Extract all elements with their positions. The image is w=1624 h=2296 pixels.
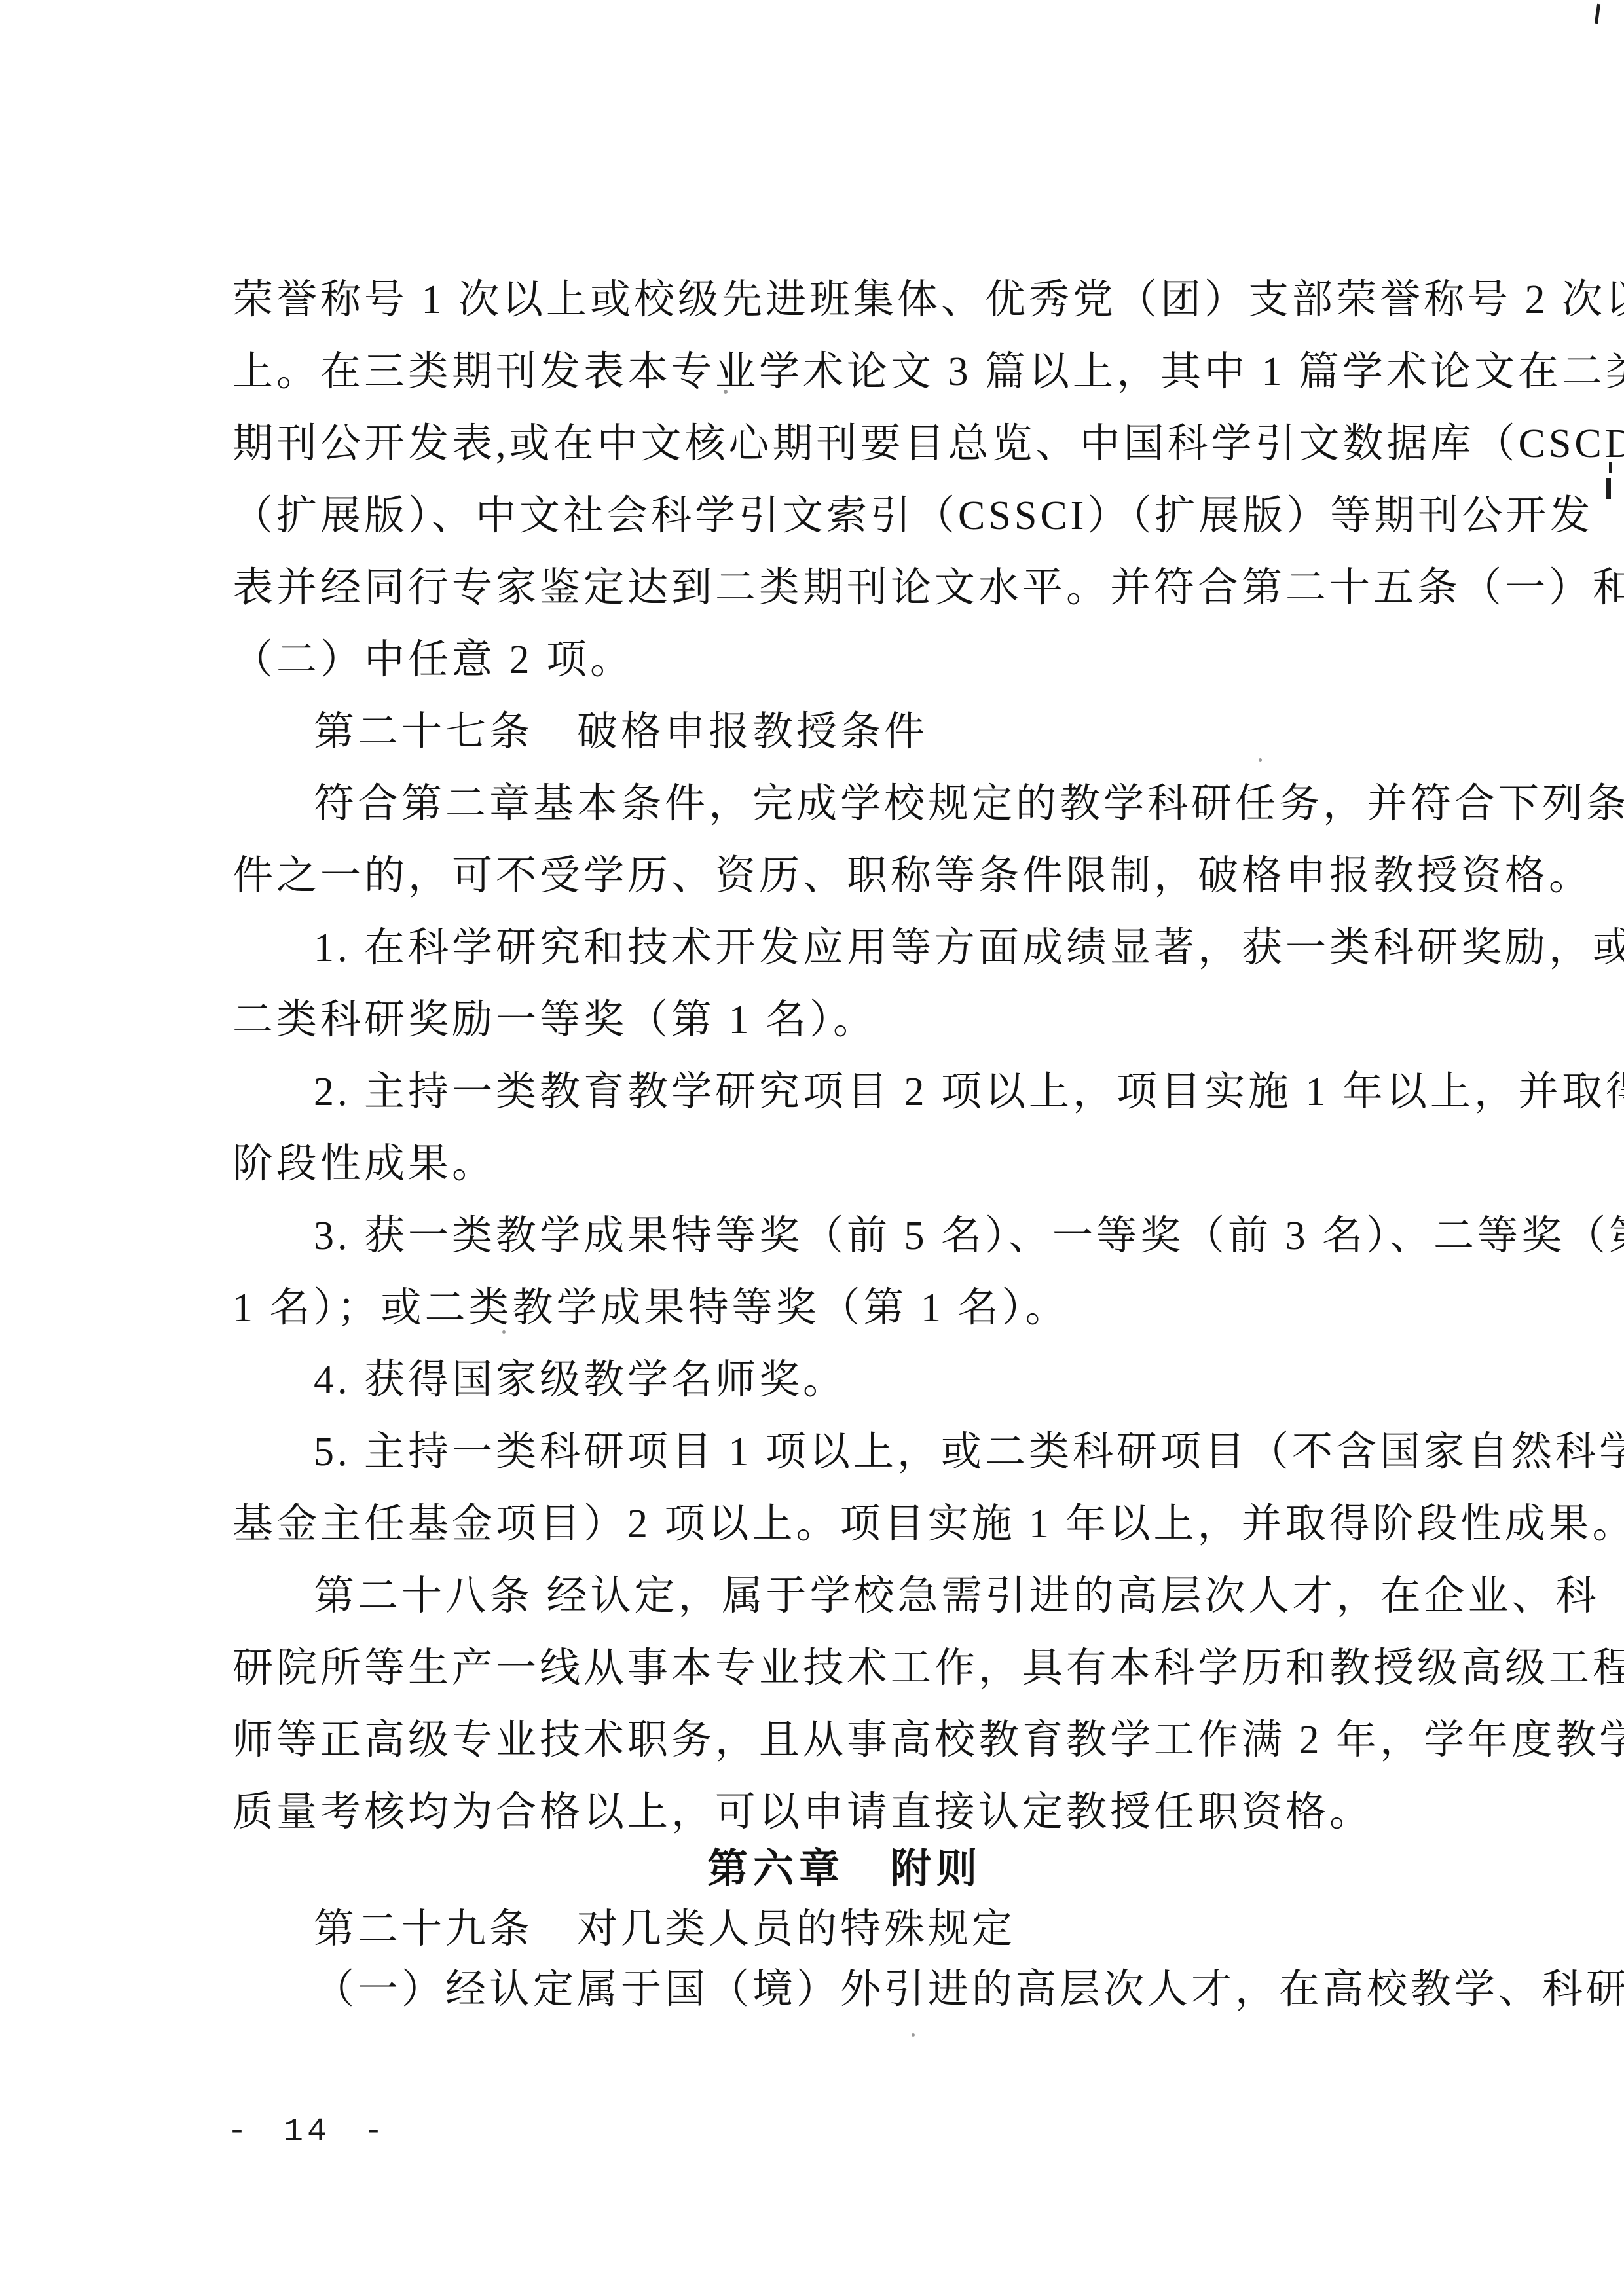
document-line: 师等正高级专业技术职务，且从事高校教育教学工作满 2 年，学年度教学 [232,1704,1457,1776]
document-line: 5. 主持一类科研项目 1 项以上，或二类科研项目（不含国家自然科学 [232,1416,1457,1488]
article-28-line: 第二十八条 经认定，属于学校急需引进的高层次人才，在企业、科 [232,1560,1457,1632]
document-line: 2. 主持一类教育教学研究项目 2 项以上，项目实施 1 年以上，并取得 [232,1056,1457,1128]
document-line: 研院所等生产一线从事本专业技术工作，具有本科学历和教授级高级工程 [232,1632,1457,1704]
document-line: 上。在三类期刊发表本专业学术论文 3 篇以上，其中 1 篇学术论文在二类 [232,336,1457,408]
scan-artifact [502,1330,506,1334]
article-27-heading: 第二十七条 破格申报教授条件 [232,696,1457,768]
document-line: 1 名）；或二类教学成果特等奖（第 1 名）。 [232,1272,1457,1344]
document-line: （一）经认定属于国（境）外引进的高层次人才，在高校教学、科研 [232,1959,1457,2020]
document-body: 荣誉称号 1 次以上或校级先进班集体、优秀党（团）支部荣誉称号 2 次以 上。在… [232,264,1457,2020]
document-line: 3. 获一类教学成果特等奖（前 5 名）、一等奖（前 3 名）、二等奖（第 [232,1200,1457,1272]
document-line: 4. 获得国家级教学名师奖。 [232,1344,1457,1416]
document-line: 基金主任基金项目）2 项以上。项目实施 1 年以上，并取得阶段性成果。 [232,1488,1457,1560]
document-line: 1. 在科学研究和技术开发应用等方面成绩显著，获一类科研奖励，或 [232,912,1457,984]
scan-artifact [1259,758,1262,762]
page-number: - 14 - [227,2113,387,2151]
document-line: 件之一的，可不受学历、资历、职称等条件限制，破格申报教授资格。 [232,840,1457,912]
document-line: 符合第二章基本条件，完成学校规定的教学科研任务，并符合下列条 [232,768,1457,840]
document-line: 二类科研奖励一等奖（第 1 名）。 [232,984,1457,1056]
scanned-document-page: 荣誉称号 1 次以上或校级先进班集体、优秀党（团）支部荣誉称号 2 次以 上。在… [0,0,1624,2296]
scan-artifact [912,2033,915,2037]
article-29-heading: 第二十九条 对几类人员的特殊规定 [232,1899,1457,1959]
document-line: （扩展版）、中文社会科学引文索引（CSSCI）（扩展版）等期刊公开发 [232,480,1457,552]
document-line: 期刊公开发表,或在中文核心期刊要目总览、中国科学引文数据库（CSCD） [232,408,1457,480]
scan-artifact [1609,462,1612,473]
document-line: 荣誉称号 1 次以上或校级先进班集体、优秀党（团）支部荣誉称号 2 次以 [232,264,1457,336]
document-line: 表并经同行专家鉴定达到二类期刊论文水平。并符合第二十五条（一）和 [232,552,1457,624]
document-line: 质量考核均为合格以上，可以申请直接认定教授任职资格。 [232,1776,1457,1848]
document-line: （二）中任意 2 项。 [232,624,1457,696]
scan-artifact [1595,4,1600,24]
scan-artifact [1606,478,1611,499]
scan-artifact [724,390,728,394]
document-line: 阶段性成果。 [232,1128,1457,1200]
